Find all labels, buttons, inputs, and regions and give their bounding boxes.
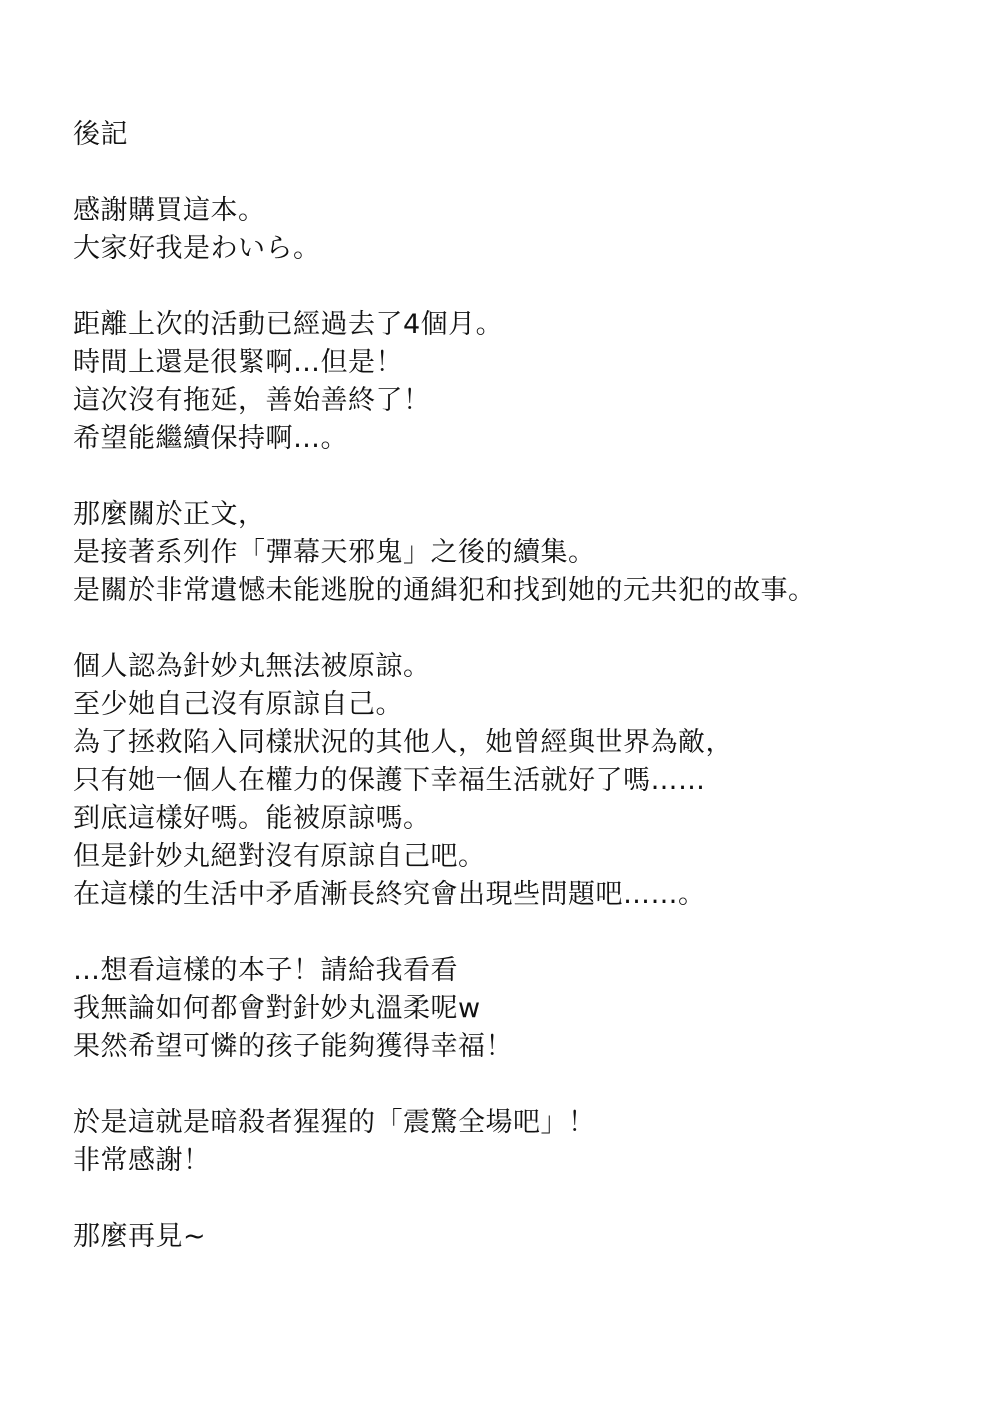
text-line: 我無論如何都會對針妙丸溫柔呢w	[73, 992, 481, 1026]
text-line: 到底這樣好嗎。能被原諒嗎。	[73, 802, 431, 836]
text-line: 只有她一個人在權力的保護下幸福生活就好了嗎……	[73, 764, 706, 798]
text-line: 希望能繼續保持啊…。	[73, 422, 348, 456]
text-line: 但是針妙丸絕對沒有原諒自己吧。	[73, 840, 486, 874]
text-line: …想看這樣的本子！請給我看看	[73, 954, 458, 988]
text-line: 是接著系列作「彈幕天邪鬼」之後的續集。	[73, 536, 596, 570]
text-line: 非常感謝！	[73, 1144, 211, 1178]
text-line: 個人認為針妙丸無法被原諒。	[73, 650, 431, 684]
text-line: 感謝購買這本。	[73, 194, 266, 228]
text-line: 那麼關於正文，	[73, 498, 266, 532]
text-line: 至少她自己沒有原諒自己。	[73, 688, 403, 722]
text-line: 為了拯救陷入同樣狀況的其他人，她曾經與世界為敵，	[73, 726, 733, 760]
text-line: 那麼再見~	[73, 1220, 206, 1254]
text-line: 於是這就是暗殺者猩猩的「震驚全場吧」！	[73, 1106, 596, 1140]
text-line: 大家好我是わいら。	[73, 232, 321, 266]
text-line: 時間上還是很緊啊…但是！	[73, 346, 403, 380]
text-line: 距離上次的活動已經過去了4個月。	[73, 308, 503, 342]
page-title: 後記	[73, 118, 128, 152]
text-line: 果然希望可憐的孩子能夠獲得幸福！	[73, 1030, 513, 1064]
text-line: 這次沒有拖延，善始善終了！	[73, 384, 431, 418]
text-line: 在這樣的生活中矛盾漸長終究會出現些問題吧……。	[73, 878, 706, 912]
text-line: 是關於非常遺憾未能逃脫的通緝犯和找到她的元共犯的故事。	[73, 574, 816, 608]
